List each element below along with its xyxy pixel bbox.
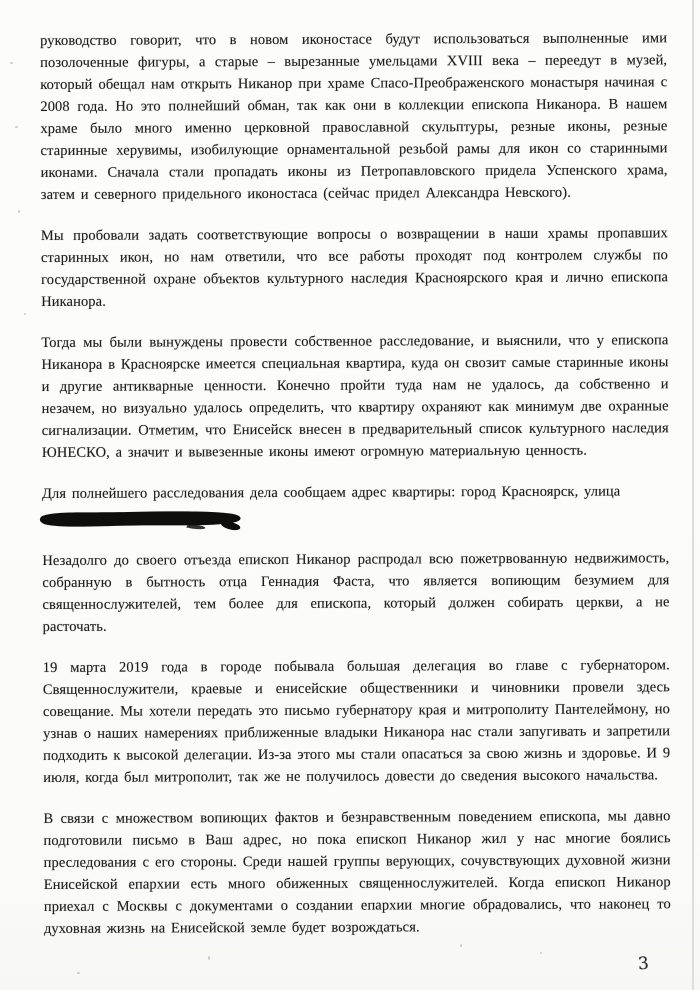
paragraph-letter-prepared: В связи с множеством вопиющих фактов и б… [43,805,671,940]
scan-speck [208,956,210,960]
address-line-text: Для полнейшего расследования дела сообща… [42,483,620,502]
paragraph-investigation: Тогда мы были вынуждены провести собстве… [41,329,669,464]
paragraph-address: Для полнейшего расследования дела сообща… [42,480,669,531]
scan-speck [24,313,26,315]
scan-speck [540,952,542,954]
scan-speck [77,972,80,974]
scanned-letter-page: руководство говорит, что в новом иконост… [0,0,700,990]
scan-speck [10,62,13,64]
handwritten-page-number: 3 [637,954,649,975]
scan-speck [15,126,18,128]
paragraph-delegation: 19 марта 2019 года в городе побывала бол… [43,654,671,789]
scan-edge-line [692,0,694,990]
scan-speck [18,210,20,213]
letter-body: руководство говорит, что в новом иконост… [40,27,671,940]
scan-speck [460,944,462,947]
redaction-row [42,504,669,531]
redaction-bar [38,506,248,533]
paragraph-questions: Мы пробовали задать соответствующие вопр… [41,222,668,313]
paragraph-iconostasis: руководство говорит, что в новом иконост… [40,27,668,206]
paragraph-property-selloff: Незадолго до своего отъезда епископ Ника… [42,547,669,638]
